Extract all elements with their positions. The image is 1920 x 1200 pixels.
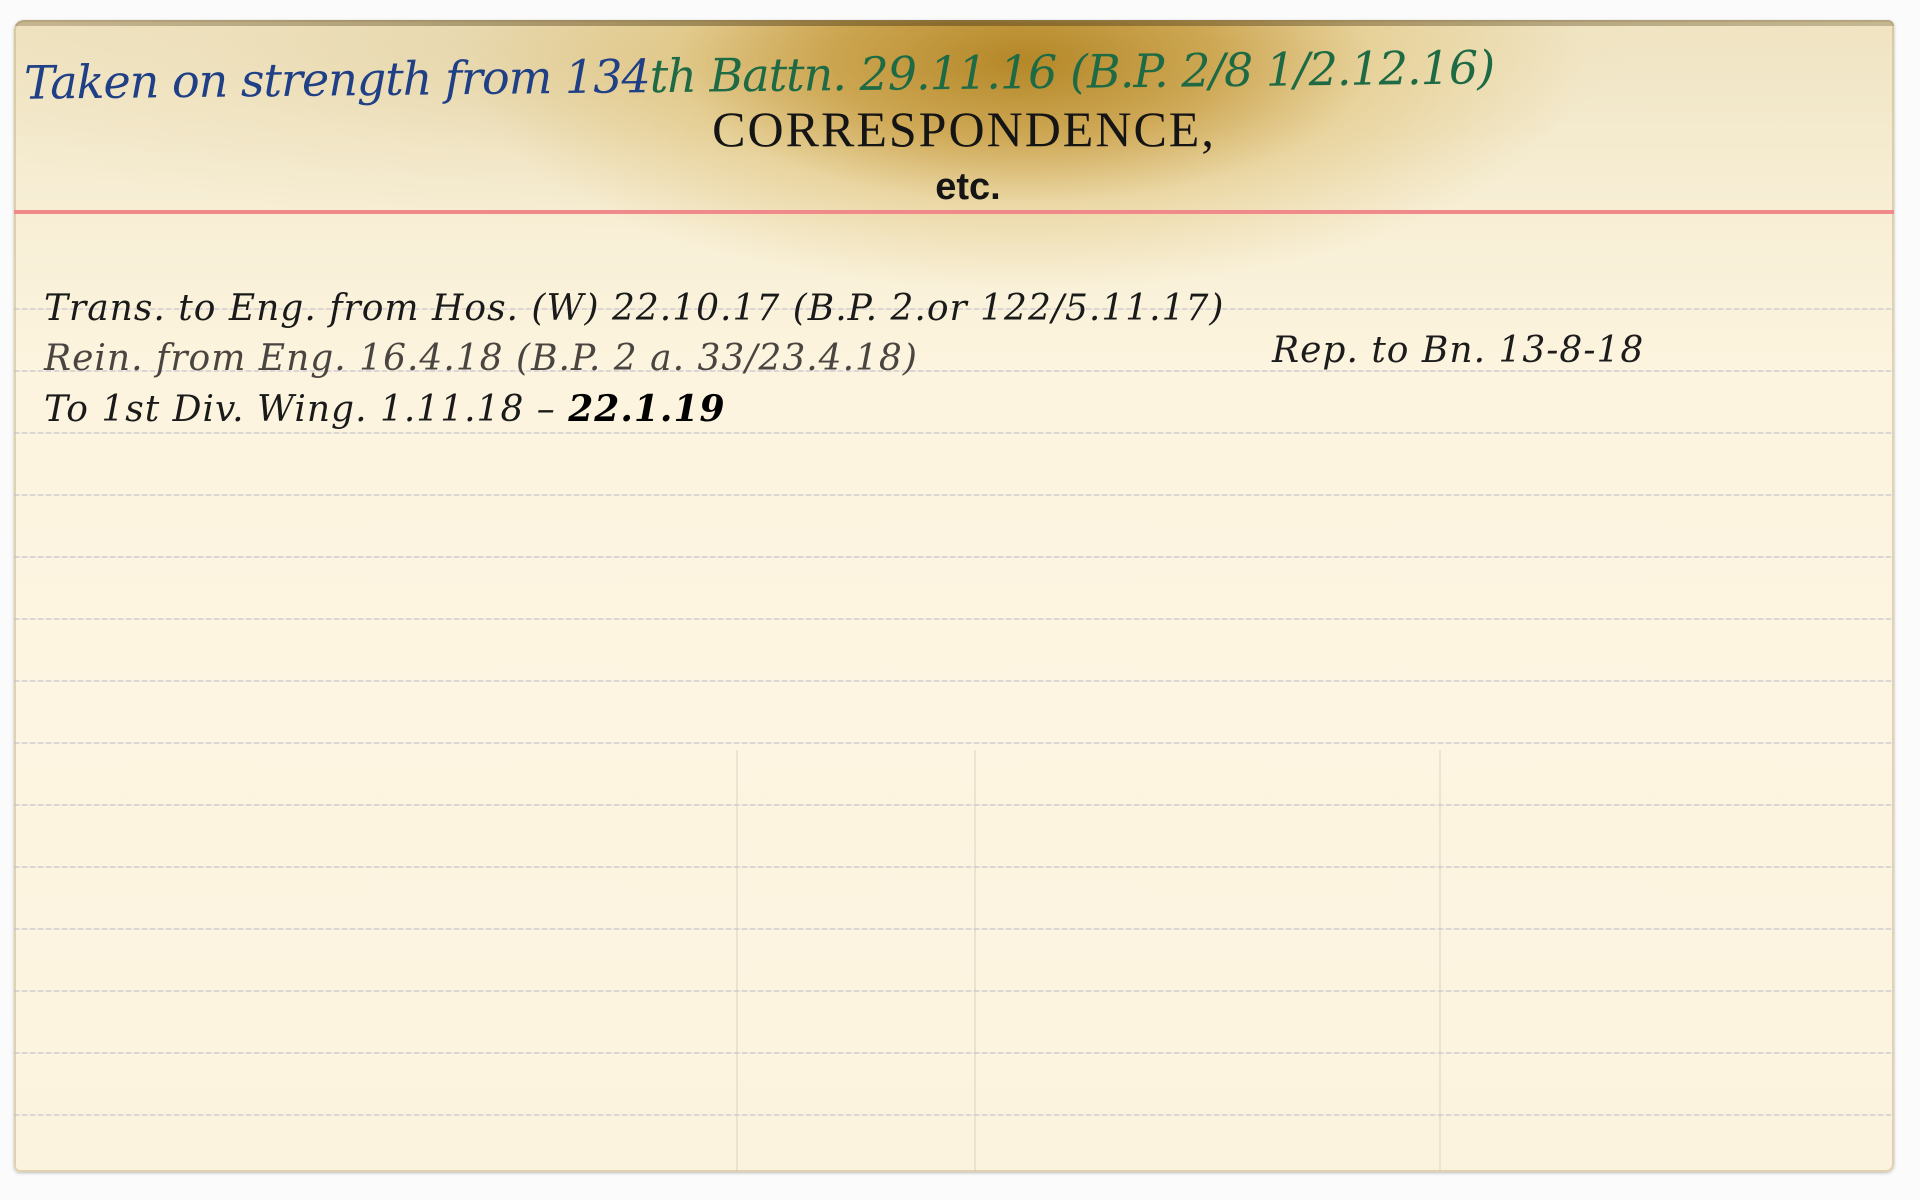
page: Taken on strength from 134th Battn. 29.1…	[0, 0, 1920, 1200]
column-rule	[974, 750, 976, 1172]
ruled-line	[14, 990, 1894, 992]
entry-text: To 1st Div. Wing. 1.11.18 –	[44, 389, 568, 430]
card-heading: CORRESPONDENCE,	[14, 100, 1894, 158]
ruled-line	[14, 742, 1894, 744]
ruled-line	[14, 1052, 1894, 1054]
column-rule	[736, 750, 738, 1172]
entry-text: Rein. from Eng. 16.4.18 (B.P. 2 a. 33/23…	[44, 338, 918, 379]
ruled-line	[14, 804, 1894, 806]
ruled-line	[14, 1114, 1894, 1116]
entry-line-2: Rein. from Eng. 16.4.18 (B.P. 2 a. 33/23…	[44, 338, 1864, 388]
ruled-line	[14, 494, 1894, 496]
ruled-line	[14, 618, 1894, 620]
entry-end-date: 22.1.19	[568, 388, 725, 430]
entry-line-3: To 1st Div. Wing. 1.11.18 – 22.1.19	[44, 388, 1864, 438]
entry-text: Trans. to Eng. from Hos. (W) 22.10.17 (B…	[44, 288, 1224, 329]
red-header-rule	[14, 210, 1894, 214]
handwritten-entries: Trans. to Eng. from Hos. (W) 22.10.17 (B…	[44, 288, 1864, 438]
ruled-line	[14, 556, 1894, 558]
ruled-line	[14, 866, 1894, 868]
ruled-line	[14, 680, 1894, 682]
record-card: Taken on strength from 134th Battn. 29.1…	[14, 20, 1894, 1172]
entry-aside: Rep. to Bn. 13-8-18	[1272, 330, 1644, 371]
column-rule	[1439, 750, 1441, 1172]
top-note-green: th Battn. 29.11.16 (B.P. 2/8 1/2.12.16)	[649, 40, 1494, 103]
card-subheading: etc.	[14, 166, 1894, 209]
ruled-line	[14, 928, 1894, 930]
